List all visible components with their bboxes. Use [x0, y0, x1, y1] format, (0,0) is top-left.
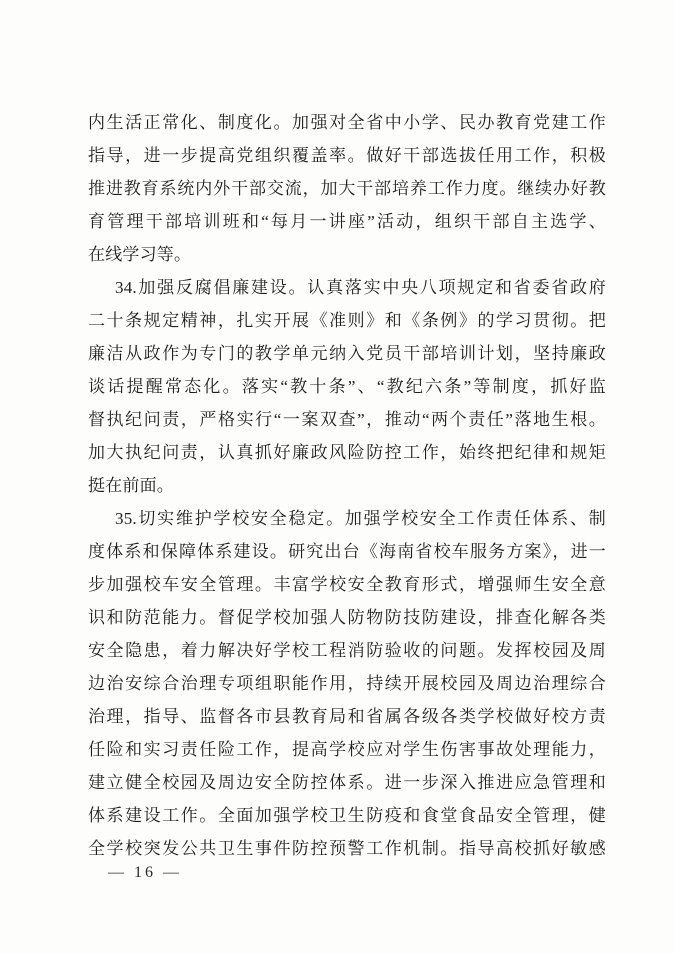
text-line: 廉洁从政作为专门的教学单元纳入党员干部培训计划，坚持廉政 [88, 337, 606, 370]
text-line: 安全隐患，着力解决好学校工程消防验收的问题。发挥校园及周 [88, 634, 606, 667]
text-line: 加大执纪问责，认真抓好廉政风险防控工作，始终把纪律和规矩 [88, 436, 606, 469]
text-line: 35.切实维护学校安全稳定。加强学校安全工作责任体系、制 [88, 502, 606, 535]
text-line: 全学校突发公共卫生事件防控预警工作机制。指导高校抓好敏感 [88, 832, 606, 865]
paragraph-continuation: 内生活正常化、制度化。加强对全省中小学、民办教育党建工作 指导，进一步提高党组织… [88, 106, 606, 271]
page-number: — 16 — [108, 864, 182, 882]
text-line: 挺在前面。 [88, 469, 606, 502]
text-line: 治理，指导、监督各市县教育局和省属各级各类学校做好校方责 [88, 700, 606, 733]
text-line: 边治安综合治理专项组职能作用，持续开展校园及周边治理综合 [88, 667, 606, 700]
text-line: 推进教育系统内外干部交流，加大干部培养工作力度。继续办好教 [88, 172, 606, 205]
text-line: 二十条规定精神，扎实开展《准则》和《条例》的学习贯彻。把 [88, 304, 606, 337]
text-line: 建立健全校园及周边安全防控体系。进一步深入推进应急管理和 [88, 766, 606, 799]
text-line: 体系建设工作。全面加强学校卫生防疫和食堂食品安全管理，健 [88, 799, 606, 832]
text-line: 在线学习等。 [88, 238, 606, 271]
text-line: 34.加强反腐倡廉建设。认真落实中央八项规定和省委省政府 [88, 271, 606, 304]
text-line: 内生活正常化、制度化。加强对全省中小学、民办教育党建工作 [88, 106, 606, 139]
text-line: 督执纪问责，严格实行“一案双查”，推动“两个责任”落地生根。 [88, 403, 606, 436]
document-text-block: 内生活正常化、制度化。加强对全省中小学、民办教育党建工作 指导，进一步提高党组织… [88, 106, 606, 865]
text-line: 步加强校车安全管理。丰富学校安全教育形式，增强师生安全意 [88, 568, 606, 601]
document-page: 内生活正常化、制度化。加强对全省中小学、民办教育党建工作 指导，进一步提高党组织… [0, 0, 675, 954]
text-line: 指导，进一步提高党组织覆盖率。做好干部选拔任用工作，积极 [88, 139, 606, 172]
text-line: 任险和实习责任险工作，提高学校应对学生伤害事故处理能力， [88, 733, 606, 766]
text-line: 识和防范能力。督促学校加强人防物防技防建设，排查化解各类 [88, 601, 606, 634]
paragraph-item-34: 34.加强反腐倡廉建设。认真落实中央八项规定和省委省政府 二十条规定精神，扎实开… [88, 271, 606, 502]
paragraph-item-35: 35.切实维护学校安全稳定。加强学校安全工作责任体系、制 度体系和保障体系建设。… [88, 502, 606, 865]
text-line: 谈话提醒常态化。落实“教十条”、“教纪六条”等制度，抓好监 [88, 370, 606, 403]
text-line: 育管理干部培训班和“每月一讲座”活动，组织干部自主选学、 [88, 205, 606, 238]
text-line: 度体系和保障体系建设。研究出台《海南省校车服务方案》，进一 [88, 535, 606, 568]
